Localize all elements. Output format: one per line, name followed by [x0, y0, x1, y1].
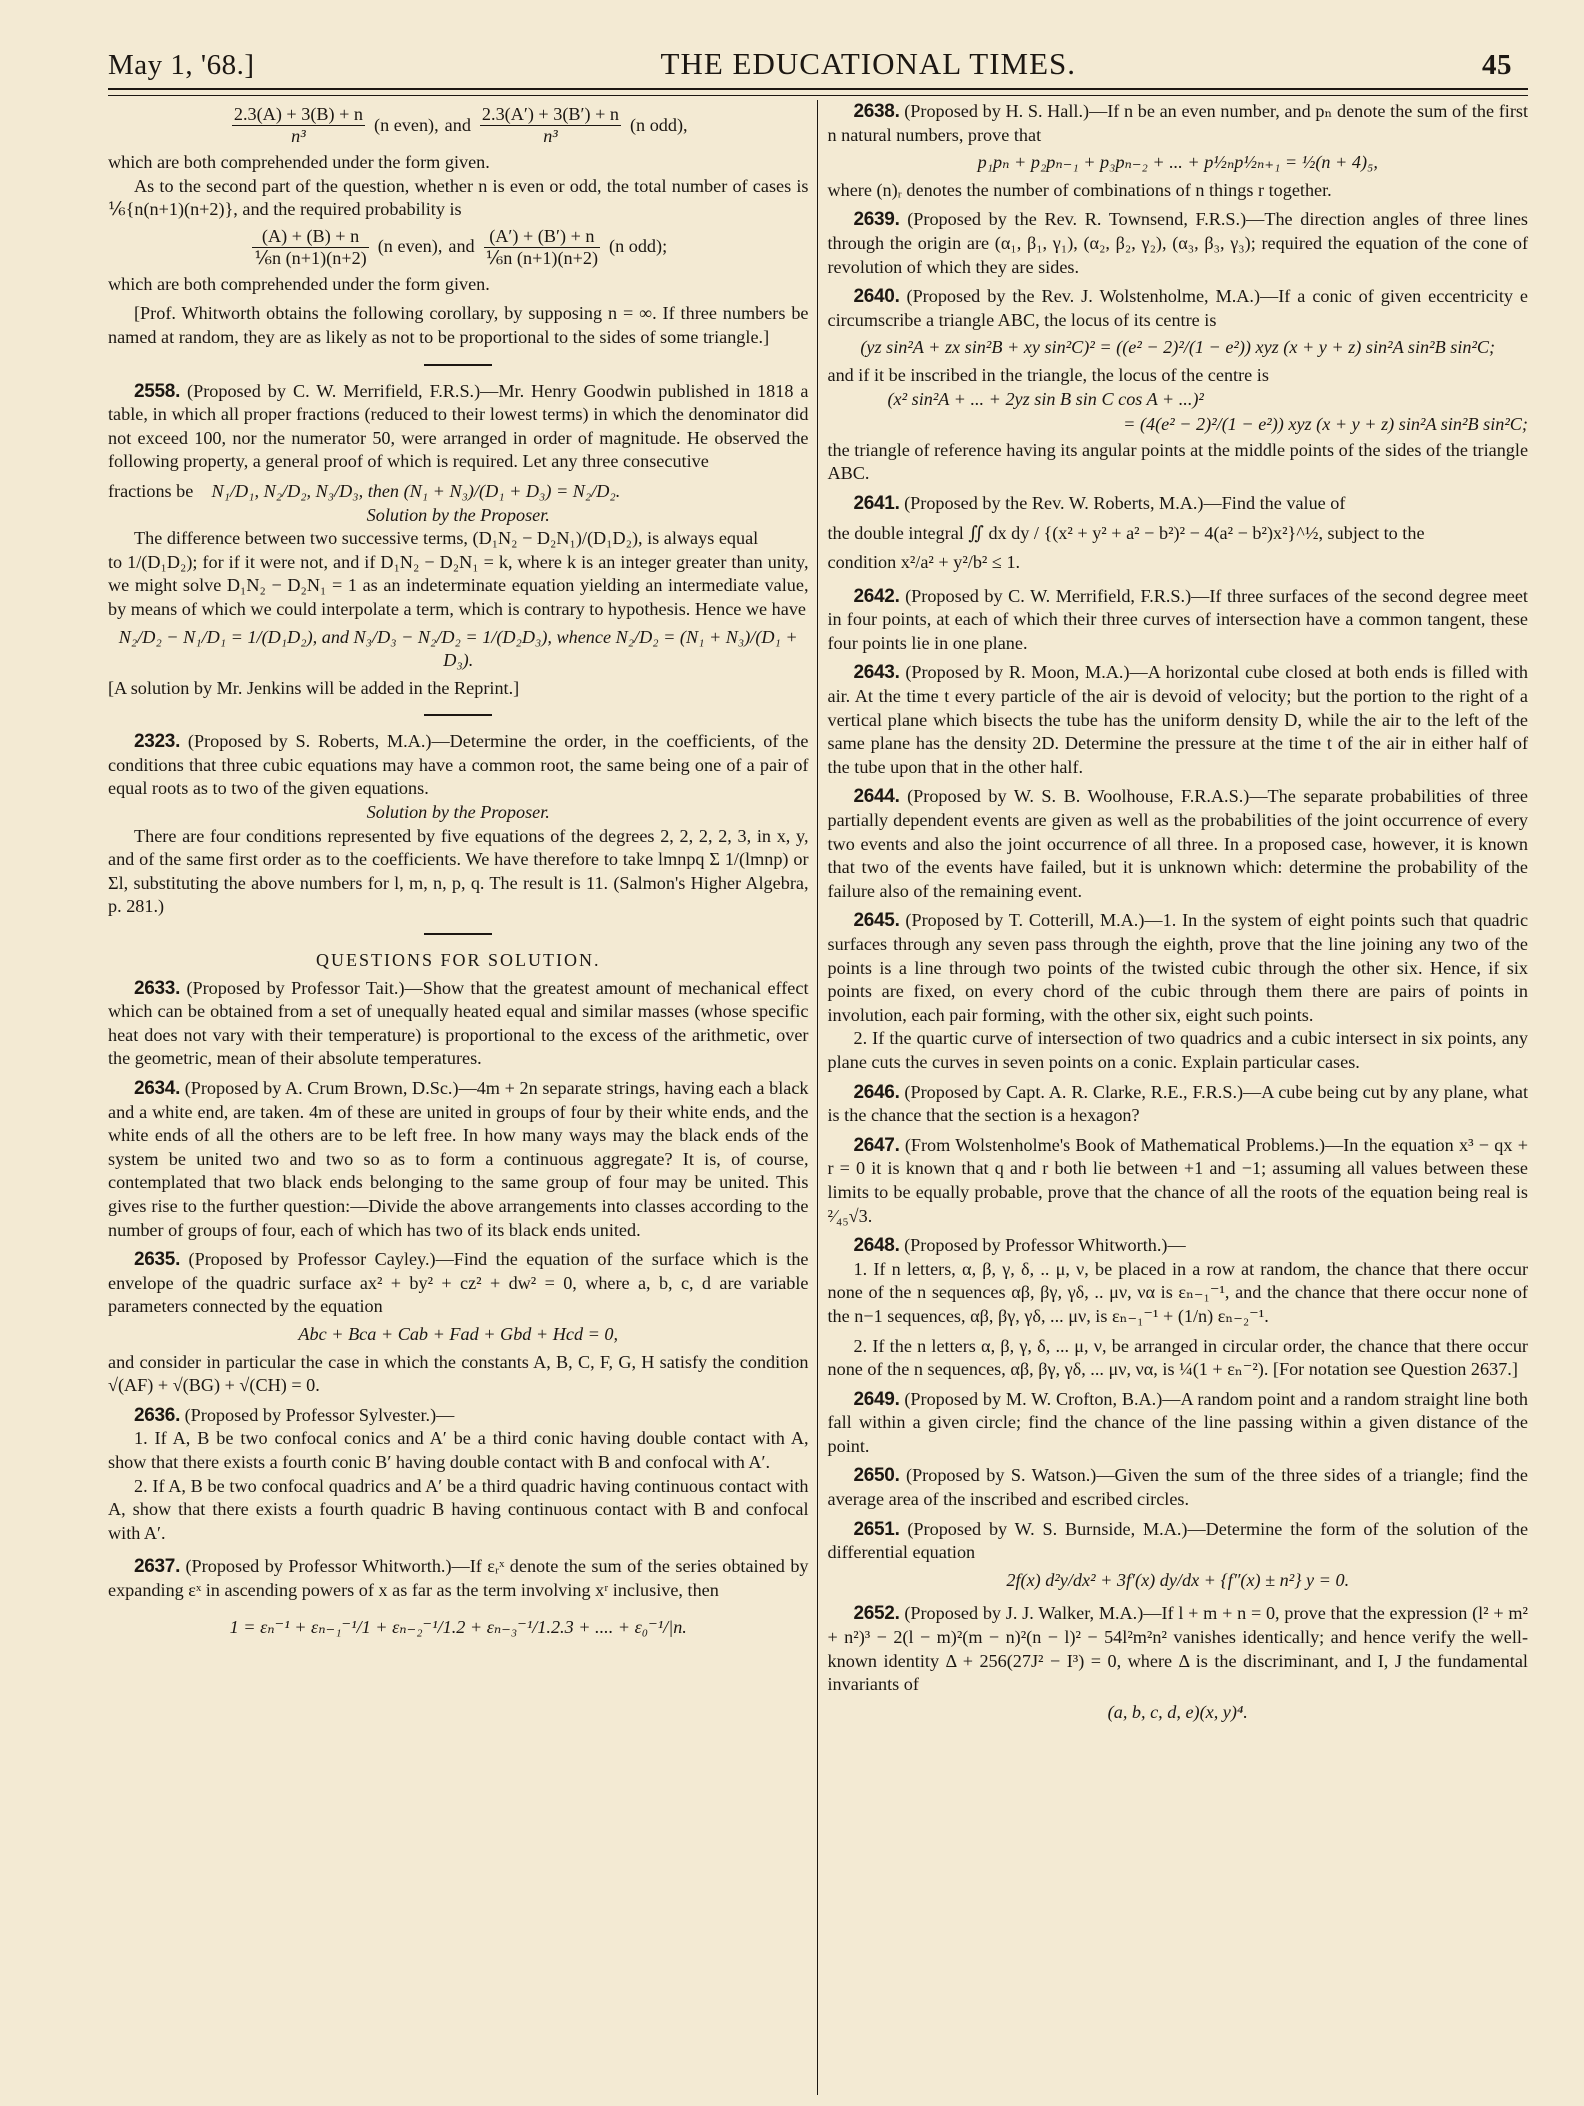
columns: 2.3(A) + 3(B) + n n³ (n even), and 2.3(A… — [108, 100, 1528, 2095]
paragraph: condition x²/a² + y²/b² ≤ 1. — [828, 551, 1529, 575]
separator-rule — [424, 364, 492, 366]
question-2649: 2649. (Proposed by M. W. Crofton, B.A.)—… — [828, 1388, 1529, 1459]
question-2643: 2643. (Proposed by R. Moon, M.A.)—A hori… — [828, 661, 1529, 779]
question-2646: 2646. (Proposed by Capt. A. R. Clarke, R… — [828, 1081, 1529, 1128]
question-2645: 2645. (Proposed by T. Cotterill, M.A.)—1… — [828, 909, 1529, 1027]
question-2633: 2633. (Proposed by Professor Tait.)—Show… — [108, 977, 809, 1071]
editor-note: [Prof. Whitworth obtains the following c… — [108, 302, 809, 349]
fractions-statement: fractions be N₁/D₁, N₂/D₂, N₃/D₃, then (… — [108, 480, 809, 504]
left-column: 2.3(A) + 3(B) + n n³ (n even), and 2.3(A… — [108, 100, 817, 2095]
section-title: QUESTIONS FOR SOLUTION. — [108, 949, 809, 973]
question-number: 2646. — [854, 1082, 900, 1103]
question-part: 2. If the n letters α, β, γ, δ, ... μ, ν… — [828, 1335, 1529, 1382]
question-number: 2652. — [854, 1603, 900, 1624]
question-2635: 2635. (Proposed by Professor Cayley.)—Fi… — [108, 1248, 809, 1319]
page-header: May 1, '68.] THE EDUCATIONAL TIMES. 45 — [108, 30, 1528, 82]
question-number: 2637. — [134, 1556, 180, 1577]
question-number: 2640. — [854, 286, 900, 307]
paragraph: and if it be inscribed in the triangle, … — [828, 364, 1529, 388]
separator-rule — [424, 933, 492, 935]
question-number: 2647. — [854, 1135, 900, 1156]
question-part: 2. If the quartic curve of intersection … — [828, 1027, 1529, 1074]
fraction: (A) + (B) + n ⅙n (n+1)(n+2) — [252, 226, 368, 269]
paragraph: There are four conditions represented by… — [108, 825, 809, 919]
publication-title: THE EDUCATIONAL TIMES. — [661, 46, 1077, 82]
equation: 1 = εₙ⁻¹ + εₙ₋₁⁻¹/1 + εₙ₋₂⁻¹/1.2 + εₙ₋₃⁻… — [108, 1616, 809, 1640]
equation: (x² sin²A + ... + 2yz sin B sin C cos A … — [828, 388, 1529, 412]
question-2652: 2652. (Proposed by J. J. Walker, M.A.)—I… — [828, 1602, 1529, 1696]
question-number: 2644. — [854, 786, 900, 807]
paragraph: As to the second part of the question, w… — [108, 175, 809, 222]
paragraph: The difference between two successive te… — [108, 527, 809, 551]
question-number: 2558. — [134, 381, 180, 402]
newspaper-page: May 1, '68.] THE EDUCATIONAL TIMES. 45 2… — [108, 30, 1528, 2090]
question-number: 2636. — [134, 1405, 180, 1426]
equation: 2f(x) d²y/dx² + 3f′(x) dy/dx + {f″(x) ± … — [828, 1569, 1529, 1593]
question-2641: 2641. (Proposed by the Rev. W. Roberts, … — [828, 492, 1529, 516]
question-2651: 2651. (Proposed by W. S. Burnside, M.A.)… — [828, 1518, 1529, 1565]
question-part: 1. If n letters, α, β, γ, δ, .. μ, ν, be… — [828, 1258, 1529, 1329]
page-number: 45 — [1482, 49, 1528, 82]
question-2637: 2637. (Proposed by Professor Whitworth.)… — [108, 1555, 809, 1602]
question-number: 2649. — [854, 1389, 900, 1410]
question-2323: 2323. (Proposed by S. Roberts, M.A.)—Det… — [108, 730, 809, 801]
paragraph: the triangle of reference having its ang… — [828, 439, 1529, 486]
question-number: 2635. — [134, 1249, 180, 1270]
question-2642: 2642. (Proposed by C. W. Merrifield, F.R… — [828, 585, 1529, 656]
question-number: 2633. — [134, 978, 180, 999]
question-2558: 2558. (Proposed by C. W. Merrifield, F.R… — [108, 380, 809, 474]
question-2640: 2640. (Proposed by the Rev. J. Wolstenho… — [828, 285, 1529, 332]
solution-heading: Solution by the Proposer. — [108, 801, 809, 825]
equation: p₁pₙ + p₂pₙ₋₁ + p₃pₙ₋₂ + ... + p½ₙp½ₙ₊₁ … — [828, 151, 1529, 175]
equation-probability: (A) + (B) + n ⅙n (n+1)(n+2) (n even), an… — [108, 226, 809, 269]
right-column: 2638. (Proposed by H. S. Hall.)—If n be … — [817, 100, 1529, 2095]
paragraph: and consider in particular the case in w… — [108, 1351, 809, 1398]
paragraph: which are both comprehended under the fo… — [108, 151, 809, 175]
question-number: 2643. — [854, 662, 900, 683]
separator-rule — [424, 714, 492, 716]
question-2634: 2634. (Proposed by A. Crum Brown, D.Sc.)… — [108, 1077, 809, 1242]
question-part: 2. If A, B be two confocal quadrics and … — [108, 1475, 809, 1546]
question-number: 2648. — [854, 1235, 900, 1256]
question-number: 2645. — [854, 910, 900, 931]
question-2636: 2636. (Proposed by Professor Sylvester.)… — [108, 1404, 809, 1428]
fraction: (A′) + (B′) + n ⅙n (n+1)(n+2) — [484, 226, 600, 269]
question-2648: 2648. (Proposed by Professor Whitworth.)… — [828, 1234, 1529, 1258]
question-number: 2642. — [854, 586, 900, 607]
equation: Abc + Bca + Cab + Fad + Gbd + Hcd = 0, — [108, 1323, 809, 1347]
question-2650: 2650. (Proposed by S. Watson.)—Given the… — [828, 1464, 1529, 1511]
equation: (yz sin²A + zx sin²B + xy sin²C)² = ((e²… — [828, 336, 1529, 360]
fraction: 2.3(A′) + 3(B′) + n n³ — [480, 104, 621, 147]
issue-date: May 1, '68.] — [108, 49, 255, 82]
question-2644: 2644. (Proposed by W. S. B. Woolhouse, F… — [828, 785, 1529, 903]
question-2647: 2647. (From Wolstenholme's Book of Mathe… — [828, 1134, 1529, 1228]
question-number: 2639. — [854, 209, 900, 230]
paragraph: to 1/(D₁D₂); for if it were not, and if … — [108, 551, 809, 622]
question-part: 1. If A, B be two confocal conics and A′… — [108, 1427, 809, 1474]
editor-note: [A solution by Mr. Jenkins will be added… — [108, 677, 809, 701]
question-number: 2641. — [854, 493, 900, 514]
equation: N₂/D₂ − N₁/D₁ = 1/(D₁D₂), and N₃/D₃ − N₂… — [108, 626, 809, 673]
question-2639: 2639. (Proposed by the Rev. R. Townsend,… — [828, 208, 1529, 279]
question-number: 2650. — [854, 1465, 900, 1486]
paragraph: where (n)ᵣ denotes the number of combina… — [828, 179, 1529, 203]
question-number: 2638. — [854, 101, 900, 122]
question-number: 2323. — [134, 731, 180, 752]
equation: = (4(e² − 2)²/(1 − e²)) xyz (x + y + z) … — [828, 413, 1529, 437]
header-rule — [108, 88, 1528, 96]
question-2638: 2638. (Proposed by H. S. Hall.)—If n be … — [828, 100, 1529, 147]
equation: (a, b, c, d, e)(x, y)⁴. — [828, 1701, 1529, 1725]
fraction: 2.3(A) + 3(B) + n n³ — [232, 104, 365, 147]
question-number: 2651. — [854, 1519, 900, 1540]
paragraph: the double integral ∬ dx dy / {(x² + y² … — [828, 522, 1529, 546]
question-number: 2634. — [134, 1078, 180, 1099]
equation-top: 2.3(A) + 3(B) + n n³ (n even), and 2.3(A… — [108, 104, 809, 147]
solution-heading: Solution by the Proposer. — [108, 504, 809, 528]
paragraph: which are both comprehended under the fo… — [108, 273, 809, 297]
